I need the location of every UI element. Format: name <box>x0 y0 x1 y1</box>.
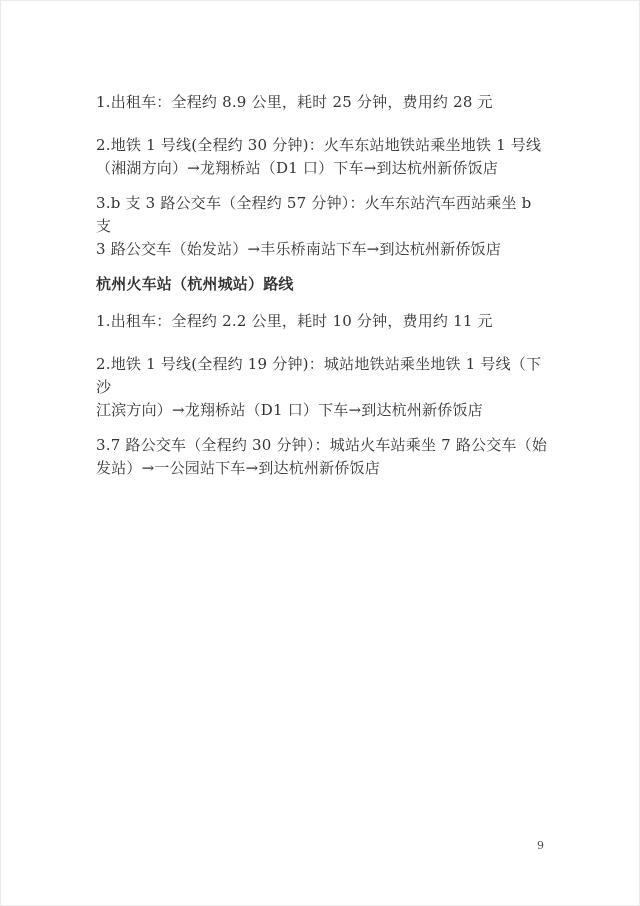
route-paragraph-taxi-east: 1.出租车：全程约 8.9 公里，耗时 25 分钟，费用约 28 元 <box>96 91 548 114</box>
route-paragraph-bus-east: 3.b 支 3 路公交车（全程约 57 分钟）：火车东站汽车西站乘坐 b 支 3… <box>96 192 548 261</box>
route-line: 江滨方向）→龙翔桥站（D1 口）下车→到达杭州新侨饭店 <box>96 399 548 422</box>
route-line: 1.出租车：全程约 2.2 公里，耗时 10 分钟，费用约 11 元 <box>96 310 548 333</box>
page-body: 1.出租车：全程约 8.9 公里，耗时 25 分钟，费用约 28 元 2.地铁 … <box>96 91 548 492</box>
route-line: 1.出租车：全程约 8.9 公里，耗时 25 分钟，费用约 28 元 <box>96 91 548 114</box>
route-line: 2.地铁 1 号线(全程约 30 分钟)：火车东站地铁站乘坐地铁 1 号线 <box>96 134 548 157</box>
route-line: 3.7 路公交车（全程约 30 分钟）：城站火车站乘坐 7 路公交车（始 <box>96 434 548 457</box>
route-line: 2.地铁 1 号线(全程约 19 分钟)：城站地铁站乘坐地铁 1 号线（下沙 <box>96 353 548 399</box>
route-line: （湘湖方向）→龙翔桥站（D1 口）下车→到达杭州新侨饭店 <box>96 157 548 180</box>
page-number: 9 <box>537 839 544 853</box>
route-line: 3.b 支 3 路公交车（全程约 57 分钟）：火车东站汽车西站乘坐 b 支 <box>96 192 548 238</box>
route-line: 发站）→一公园站下车→到达杭州新侨饭店 <box>96 457 548 480</box>
route-line: 3 路公交车（始发站）→丰乐桥南站下车→到达杭州新侨饭店 <box>96 238 548 261</box>
route-paragraph-bus-city: 3.7 路公交车（全程约 30 分钟）：城站火车站乘坐 7 路公交车（始 发站）… <box>96 434 548 480</box>
route-paragraph-metro-city: 2.地铁 1 号线(全程约 19 分钟)：城站地铁站乘坐地铁 1 号线（下沙 江… <box>96 353 548 422</box>
route-paragraph-taxi-city: 1.出租车：全程约 2.2 公里，耗时 10 分钟，费用约 11 元 <box>96 310 548 333</box>
section-heading: 杭州火车站（杭州城站）路线 <box>96 273 548 296</box>
route-paragraph-metro-east: 2.地铁 1 号线(全程约 30 分钟)：火车东站地铁站乘坐地铁 1 号线 （湘… <box>96 134 548 180</box>
